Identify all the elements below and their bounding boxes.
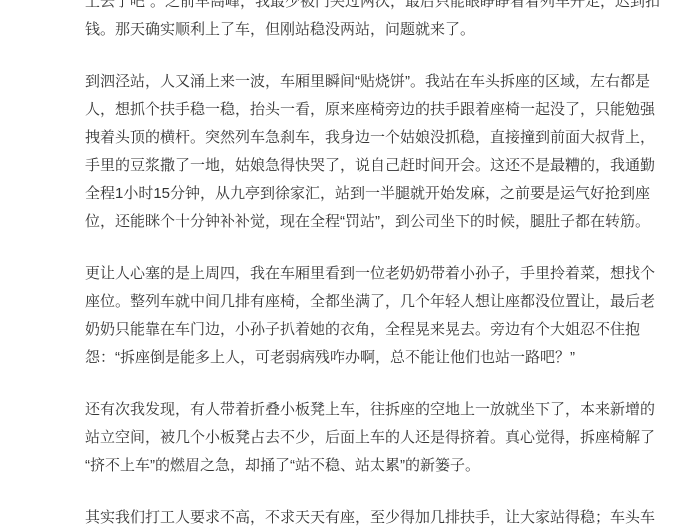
text-line: “挤不上车”的燃眉之急，却捅了“站不稳、站太累”的新篓子。 [85,452,670,480]
paragraph: 上去了吧”。之前早高峰，我最少被门夹过两次，最后只能眼睁睁看着列车开走，迟到扣 … [85,0,670,44]
paragraph: 更让人心塞的是上周四，我在车厢里看到一位老奶奶带着小孙子，手里拎着菜，想找个 座… [85,260,670,372]
text-line: 上去了吧”。之前早高峰，我最少被门夹过两次，最后只能眼睁睁看着列车开走，迟到扣 [85,0,670,16]
text-line: 其实我们打工人要求不高，不求天天有座，至少得加几排扶手，让大家站得稳；车头车 [85,504,670,532]
text-line: 钱。那天确实顺利上了车，但刚站稳没两站，问题就来了。 [85,16,670,44]
text-line: 还有次我发现，有人带着折叠小板凳上车，往拆座的空地上一放就坐下了，本来新增的 [85,396,670,424]
text-line: 奶奶只能靠在车门边，小孙子扒着她的衣角，全程晃来晃去。旁边有个大姐忍不住抱 [85,316,670,344]
text-line: 拽着头顶的横杆。突然列车急刹车，我身边一个姑娘没抓稳，直接撞到前面大叔背上， [85,124,670,152]
text-line: 更让人心塞的是上周四，我在车厢里看到一位老奶奶带着小孙子，手里拎着菜，想找个 [85,260,670,288]
text-line: 怨：“拆座倒是能多上人，可老弱病残咋办啊，总不能让他们也站一路吧？” [85,344,670,372]
text-line: 座位。整列车就中间几排有座椅，全都坐满了，几个年轻人想让座都没位置让，最后老 [85,288,670,316]
text-line: 手里的豆浆撒了一地，姑娘急得快哭了，说自己赶时间开会。这还不是最糟的，我通勤 [85,152,670,180]
text-line: 人，想抓个扶手稳一稳，抬头一看，原来座椅旁边的扶手跟着座椅一起没了，只能勉强 [85,96,670,124]
text-line: 站立空间，被几个小板凳占去不少，后面上车的人还是得挤着。真心觉得，拆座椅解了 [85,424,670,452]
article-body: 上去了吧”。之前早高峰，我最少被门夹过两次，最后只能眼睁睁看着列车开走，迟到扣 … [0,0,694,532]
paragraph: 到泗泾站，人又涌上来一波，车厢里瞬间“贴烧饼”。我站在车头拆座的区域，左右都是 … [85,68,670,236]
paragraph: 还有次我发现，有人带着折叠小板凳上车，往拆座的空地上一放就坐下了，本来新增的 站… [85,396,670,480]
text-line: 到泗泾站，人又涌上来一波，车厢里瞬间“贴烧饼”。我站在车头拆座的区域，左右都是 [85,68,670,96]
text-line: 位，还能眯个十分钟补补觉，现在全程“罚站”，到公司坐下的时候，腿肚子都在转筋。 [85,208,670,236]
paragraph: 其实我们打工人要求不高，不求天天有座，至少得加几排扶手，让大家站得稳；车头车 [85,504,670,532]
text-line: 全程1小时15分钟，从九亭到徐家汇，站到一半腿就开始发麻，之前要是运气好抢到座 [85,180,670,208]
